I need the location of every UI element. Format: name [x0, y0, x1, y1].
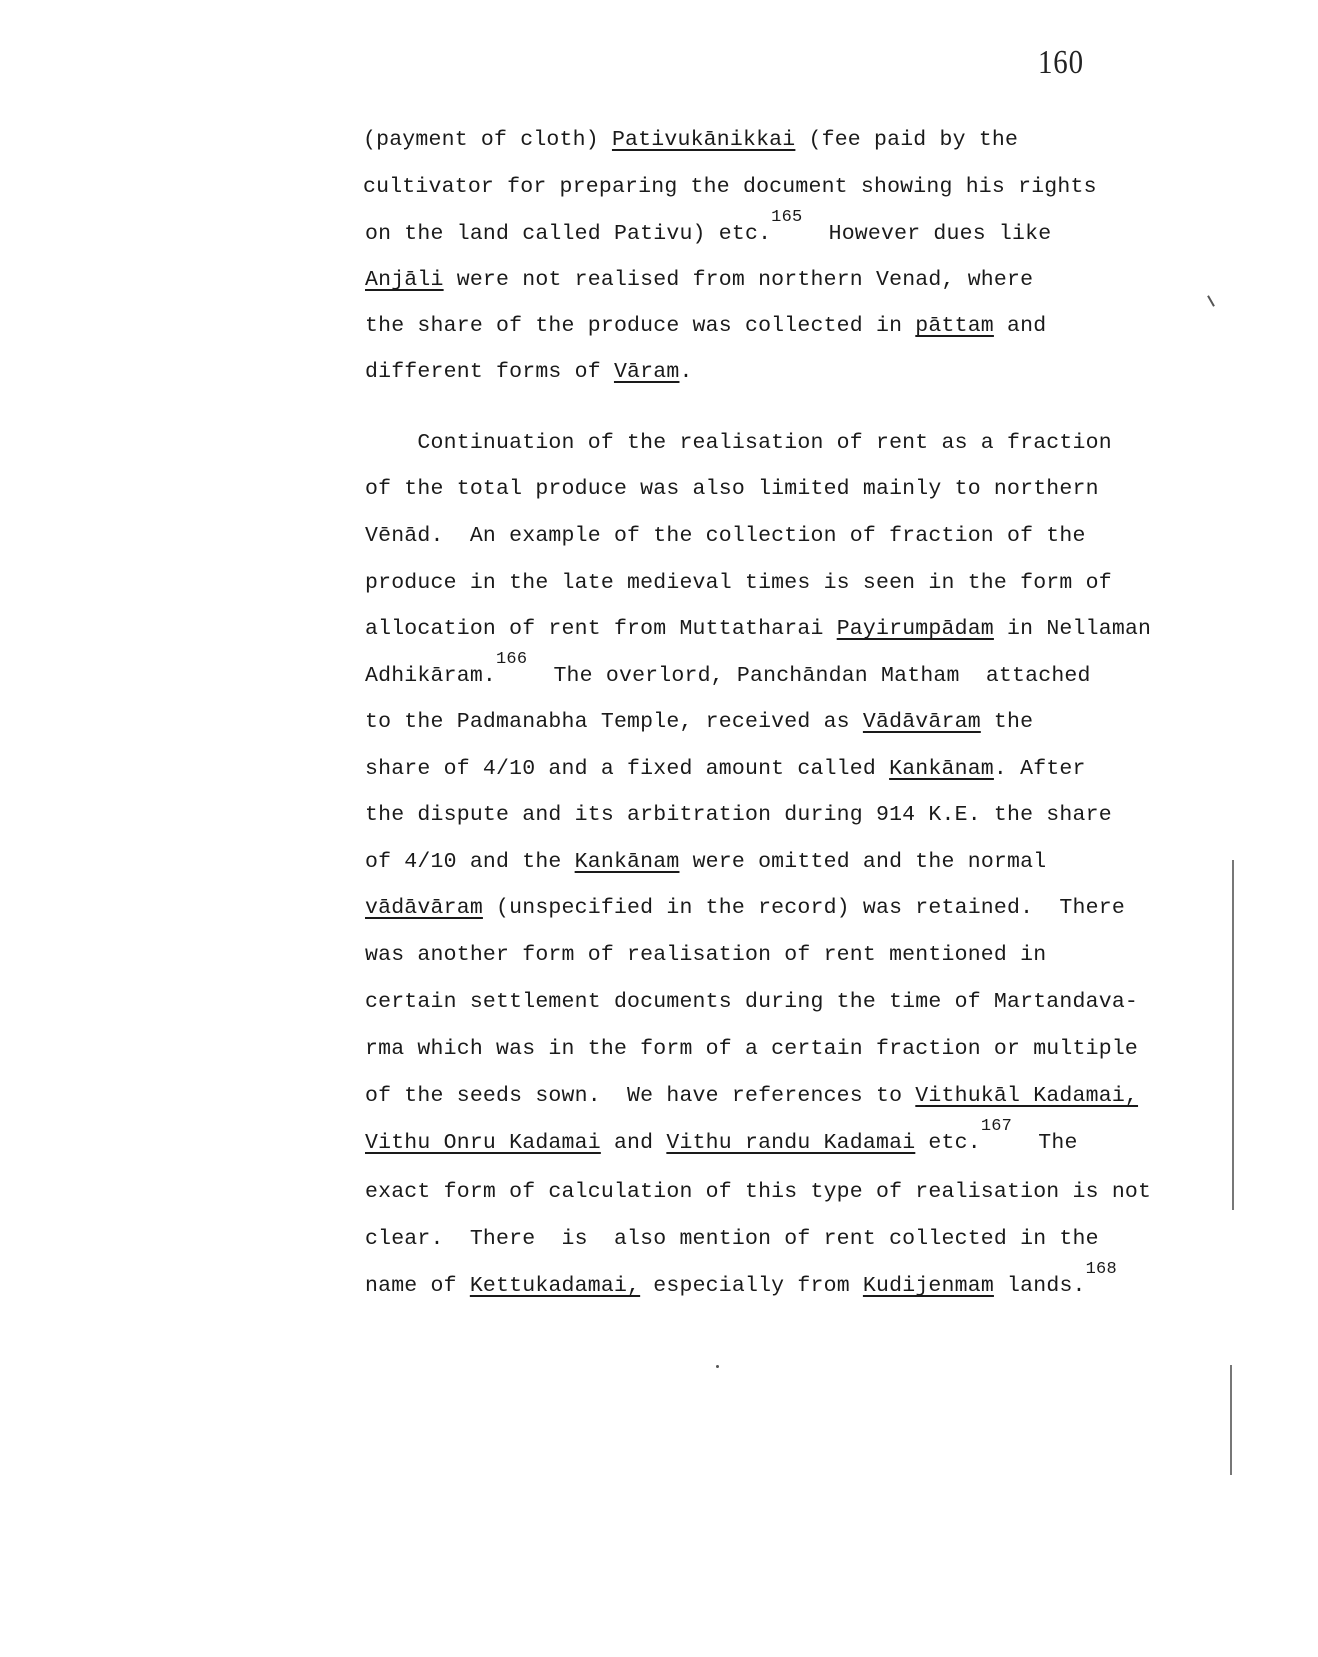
underlined-term: Vithu randu Kadamai [666, 1131, 915, 1155]
text-line: of the seeds sown. We have references to… [365, 1084, 1138, 1108]
underlined-term: Kettukadamai, [470, 1274, 640, 1298]
footnote-ref: 168 [1086, 1260, 1117, 1279]
text-span: . [679, 360, 692, 384]
underlined-term: Anjāli [365, 268, 444, 292]
text-line: name of Kettukadamai, especially from Ku… [365, 1274, 1117, 1298]
text-span: The [1012, 1131, 1078, 1155]
text-span: Adhikāram. [365, 664, 496, 688]
text-line: Adhikāram.166 The overlord, Panchāndan M… [365, 664, 1091, 688]
text-span: . After [994, 757, 1086, 781]
underlined-term: Kankānam [575, 850, 680, 874]
text-line: on the land called Pativu) etc.165 Howev… [365, 222, 1051, 246]
text-span: to the Padmanabha Temple, received as [365, 710, 863, 734]
text-line: produce in the late medieval times is se… [365, 571, 1112, 595]
text-line: of 4/10 and the Kankānam were omitted an… [365, 850, 1046, 874]
text-span: cultivator for preparing the document sh… [363, 175, 1097, 199]
text-span: allocation of rent from Muttatharai [365, 617, 837, 641]
text-span: exact form of calculation of this type o… [365, 1180, 1151, 1204]
text-span: of the total produce was also limited ma… [365, 477, 1099, 501]
text-line: of the total produce was also limited ma… [365, 477, 1099, 501]
text-line: the share of the produce was collected i… [365, 314, 1046, 338]
text-line: different forms of Vāram. [365, 360, 693, 384]
text-line: exact form of calculation of this type o… [365, 1180, 1151, 1204]
underlined-term: Kudijenmam [863, 1274, 994, 1298]
text-span: of 4/10 and the [365, 850, 575, 874]
margin-mark [1207, 295, 1215, 306]
text-span: the dispute and its arbitration during 9… [365, 803, 1112, 827]
text-line: clear. There is also mention of rent col… [365, 1227, 1099, 1251]
text-span: produce in the late medieval times is se… [365, 571, 1112, 595]
text-span: on the land called Pativu) etc. [365, 222, 771, 246]
text-line: Continuation of the realisation of rent … [365, 431, 1112, 455]
underlined-term: Pativukānikkai [612, 128, 795, 152]
footnote-ref: 166 [496, 650, 527, 669]
dot-mark [716, 1365, 719, 1368]
text-line: certain settlement documents during the … [365, 990, 1138, 1014]
text-span: and [994, 314, 1046, 338]
underlined-term: pāttam [915, 314, 994, 338]
underlined-term: Kankānam [889, 757, 994, 781]
text-span: share of 4/10 and a fixed amount called [365, 757, 889, 781]
text-span: The overlord, Panchāndan Matham attached [527, 664, 1090, 688]
text-span: lands. [994, 1274, 1086, 1298]
text-span: the [981, 710, 1033, 734]
text-line: Anjāli were not realised from northern V… [365, 268, 1033, 292]
text-span: etc. [915, 1131, 981, 1155]
text-span: especially from [640, 1274, 863, 1298]
text-span: and [601, 1131, 667, 1155]
text-span: Continuation of the realisation of rent … [365, 431, 1112, 455]
text-span: in Nellaman [994, 617, 1151, 641]
page-number: 160 [1038, 44, 1084, 82]
underlined-term: Vithukāl Kadamai, [915, 1084, 1138, 1108]
text-line: Vithu Onru Kadamai and Vithu randu Kadam… [365, 1131, 1078, 1155]
text-span: rma which was in the form of a certain f… [365, 1037, 1138, 1061]
text-span: clear. There is also mention of rent col… [365, 1227, 1099, 1251]
underlined-term: Payirumpādam [837, 617, 994, 641]
text-line: (payment of cloth) Pativukānikkai (fee p… [363, 128, 1018, 152]
underlined-term: vādāvāram [365, 896, 483, 920]
text-line: rma which was in the form of a certain f… [365, 1037, 1138, 1061]
text-span: of the seeds sown. We have references to [365, 1084, 915, 1108]
text-span: name of [365, 1274, 470, 1298]
text-span: different forms of [365, 360, 614, 384]
text-span: Vēnād. An example of the collection of f… [365, 524, 1086, 548]
text-span: (fee paid by the [795, 128, 1018, 152]
text-line: share of 4/10 and a fixed amount called … [365, 757, 1086, 781]
text-span: were omitted and the normal [679, 850, 1046, 874]
text-line: allocation of rent from Muttatharai Payi… [365, 617, 1151, 641]
text-span: the share of the produce was collected i… [365, 314, 915, 338]
footnote-ref: 167 [981, 1117, 1012, 1136]
text-line: the dispute and its arbitration during 9… [365, 803, 1112, 827]
text-span: However dues like [802, 222, 1051, 246]
margin-mark [1230, 1365, 1232, 1475]
text-line: to the Padmanabha Temple, received as Vā… [365, 710, 1033, 734]
text-line: vādāvāram (unspecified in the record) wa… [365, 896, 1125, 920]
underlined-term: Vithu Onru Kadamai [365, 1131, 601, 1155]
text-span: were not realised from northern Venad, w… [444, 268, 1034, 292]
text-span: was another form of realisation of rent … [365, 943, 1046, 967]
text-span: (unspecified in the record) was retained… [483, 896, 1125, 920]
text-line: Vēnād. An example of the collection of f… [365, 524, 1086, 548]
text-line: cultivator for preparing the document sh… [363, 175, 1097, 199]
underlined-term: Vādāvāram [863, 710, 981, 734]
margin-mark [1232, 860, 1234, 1210]
text-span: certain settlement documents during the … [365, 990, 1138, 1014]
underlined-term: Vāram [614, 360, 680, 384]
text-span: (payment of cloth) [363, 128, 612, 152]
text-line: was another form of realisation of rent … [365, 943, 1046, 967]
footnote-ref: 165 [771, 208, 802, 227]
